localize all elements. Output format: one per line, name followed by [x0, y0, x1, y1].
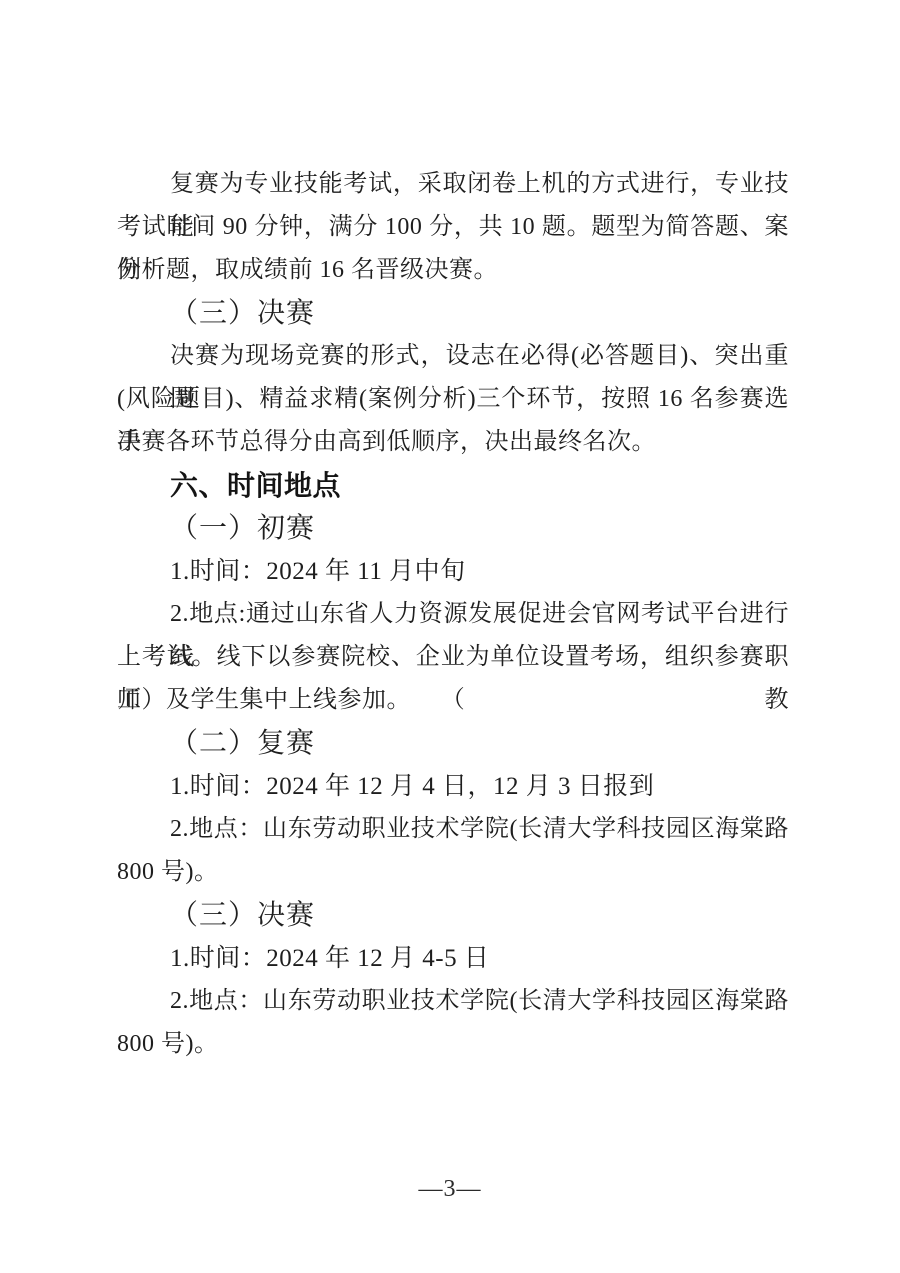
document-page: 复赛为专业技能考试，采取闭卷上机的方式进行，专业技能 考试时间 90 分钟，满分… — [0, 0, 900, 1273]
body-line: 800 号)。 — [117, 851, 789, 894]
list-item-time: 1.时间：2024 年 12 月 4-5 日 — [117, 937, 789, 980]
subsection-heading-final: （三）决赛 — [117, 292, 789, 335]
body-line: (风险题目)、精益求精(案例分析)三个环节，按照 16 名参赛选手 — [117, 378, 789, 421]
body-line: 2.地点：山东劳动职业技术学院(长清大学科技园区海棠路 — [117, 808, 789, 851]
body-line: 800 号)。 — [117, 1023, 789, 1066]
body-line: 2.地点:通过山东省人力资源发展促进会官网考试平台进行线 — [117, 593, 789, 636]
section-heading-time-location: 六、时间地点 — [117, 464, 789, 507]
body-line: 上考试。线下以参赛院校、企业为单位设置考场，组织参赛职工（教 — [117, 636, 789, 679]
document-body: 复赛为专业技能考试，采取闭卷上机的方式进行，专业技能 考试时间 90 分钟，满分… — [117, 163, 789, 1066]
page-number: —3— — [0, 1168, 900, 1211]
body-line: 决赛各环节总得分由高到低顺序，决出最终名次。 — [117, 421, 789, 464]
list-item-time: 1.时间：2024 年 11 月中旬 — [117, 550, 789, 593]
list-item-time: 1.时间：2024 年 12 月 4 日，12 月 3 日报到 — [117, 765, 789, 808]
subsection-heading-preliminary: （一）初赛 — [117, 507, 789, 550]
subsection-heading-final: （三）决赛 — [117, 894, 789, 937]
body-line: 复赛为专业技能考试，采取闭卷上机的方式进行，专业技能 — [117, 163, 789, 206]
body-line: 决赛为现场竞赛的形式，设志在必得(必答题目)、突出重围 — [117, 335, 789, 378]
body-line: 分析题，取成绩前 16 名晋级决赛。 — [117, 249, 789, 292]
body-line: 2.地点：山东劳动职业技术学院(长清大学科技园区海棠路 — [117, 980, 789, 1023]
subsection-heading-semifinal: （二）复赛 — [117, 722, 789, 765]
body-line: 考试时间 90 分钟，满分 100 分，共 10 题。题型为简答题、案例 — [117, 206, 789, 249]
